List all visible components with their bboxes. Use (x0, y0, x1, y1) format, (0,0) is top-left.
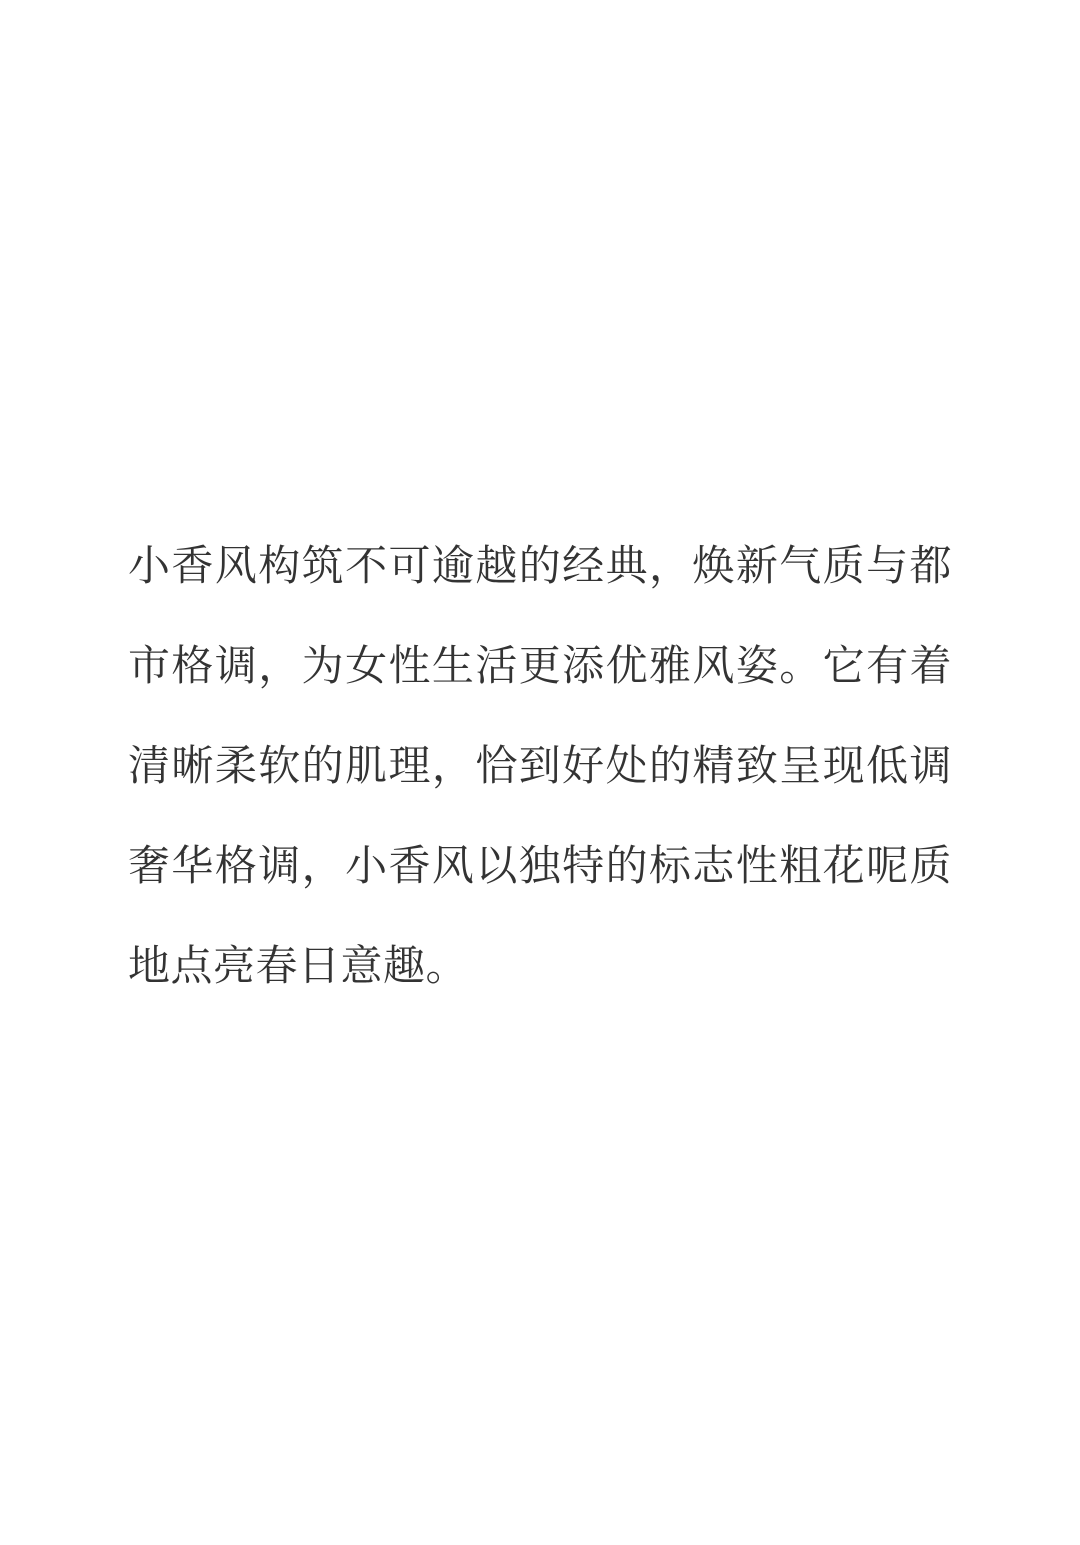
text-line: 地点亮春日意趣。 (128, 916, 952, 1016)
article-page: 小香风构筑不可逾越的经典，焕新气质与都 市格调，为女性生活更添优雅风姿。它有着 … (0, 0, 1080, 1545)
text-line: 市格调，为女性生活更添优雅风姿。它有着 (128, 616, 952, 716)
text-line: 奢华格调，小香风以独特的标志性粗花呢质 (128, 816, 952, 916)
text-line: 小香风构筑不可逾越的经典，焕新气质与都 (128, 516, 952, 616)
body-paragraph: 小香风构筑不可逾越的经典，焕新气质与都 市格调，为女性生活更添优雅风姿。它有着 … (128, 516, 952, 1016)
text-line: 清晰柔软的肌理，恰到好处的精致呈现低调 (128, 716, 952, 816)
